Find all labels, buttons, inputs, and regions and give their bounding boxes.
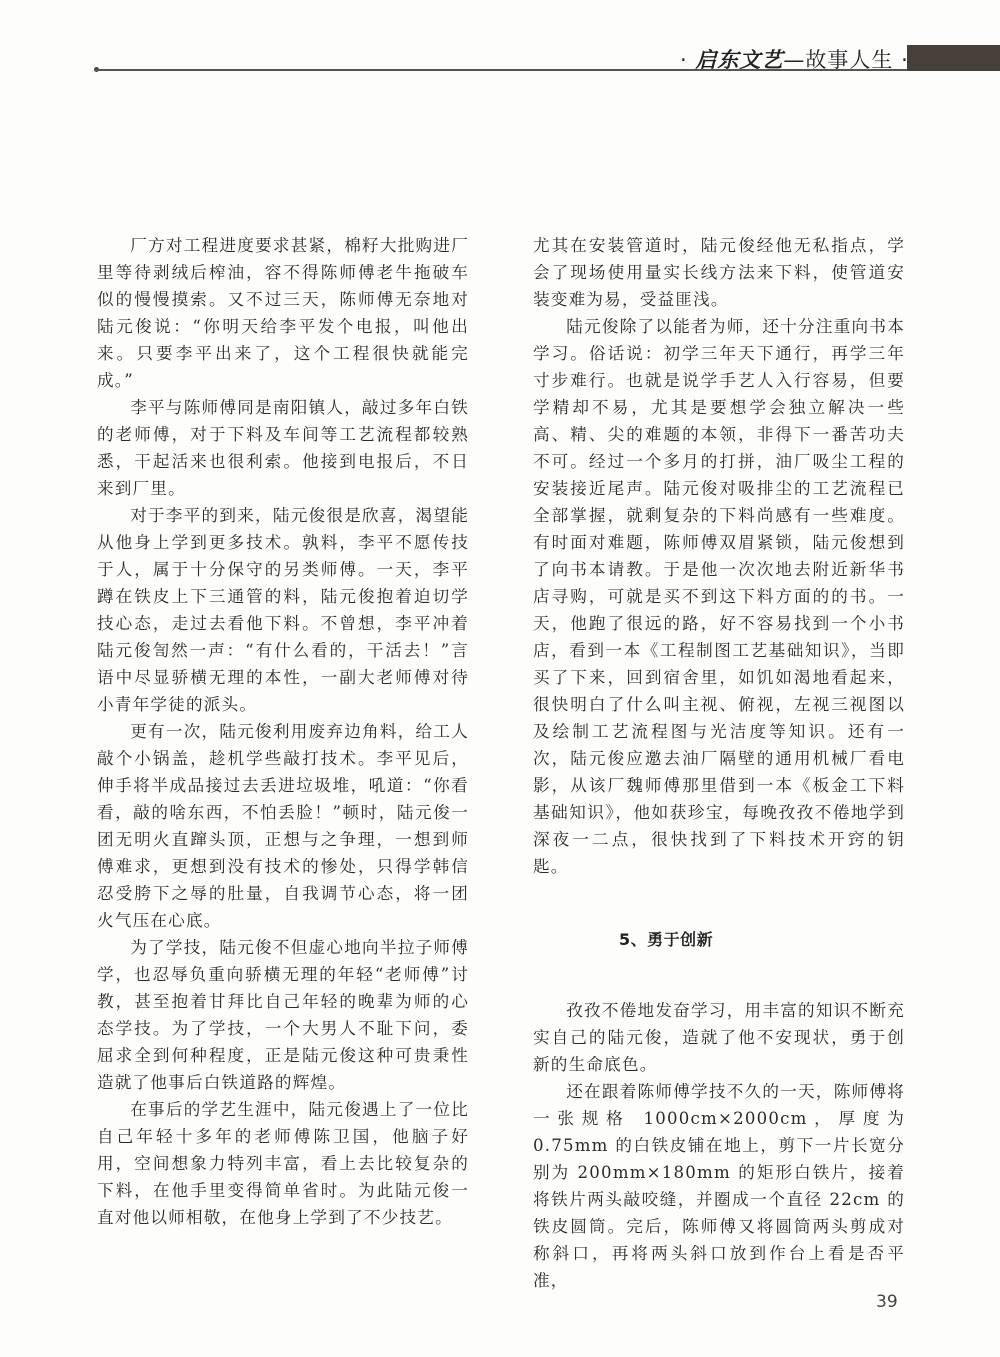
header-color-block [907,45,1000,71]
header-brand: 启东文艺 [695,47,783,72]
header-bullet-left: · [680,48,688,72]
paragraph: 还在跟着陈师傅学技不久的一天，陈师傅将一张规格 1000cm×2000cm，厚度… [533,1078,905,1294]
header-separator: — [783,48,805,72]
paragraph: 为了学技，陆元俊不但虚心地向半拉子师傅学，也忍辱负重向骄横无理的年轻“老师傅”讨… [97,934,469,1096]
paragraph: 李平与陈师傅同是南阳镇人，敲过多年白铁的老师傅，对于下料及车间等工艺流程都较熟悉… [97,394,469,502]
paragraph: 陆元俊除了以能者为师，还十分注重向书本学习。俗话说：初学三年天下通行，再学三年寸… [533,313,905,880]
running-header: · 启东文艺—故事人生 · [680,44,909,70]
page-number: 39 [876,1292,898,1312]
section-heading: 5、勇于创新 [619,926,905,953]
paragraph: 更有一次，陆元俊利用废弃边角料，给工人敲个小锅盖，趁机学些敲打技术。李平见后，伸… [97,718,469,934]
header-section: 故事人生 [805,48,893,72]
paragraph: 厂方对工程进度要求甚紧，棉籽大批购进厂里等待剥绒后榨油，容不得陈师傅老牛拖破车似… [97,232,469,394]
left-column: 厂方对工程进度要求甚紧，棉籽大批购进厂里等待剥绒后榨油，容不得陈师傅老牛拖破车似… [97,232,469,1231]
paragraph: 对于李平的到来，陆元俊很是欣喜，渴望能从他身上学到更多技术。孰料，李平不愿传技于… [97,502,469,718]
paragraph: 孜孜不倦地发奋学习，用丰富的知识不断充实自己的陆元俊，造就了他不安现状，勇于创新… [533,997,905,1078]
paragraph-continued: 尤其在安装管道时，陆元俊经他无私指点，学会了现场使用量实长线方法来下料，使管道安… [533,232,905,313]
right-column: 尤其在安装管道时，陆元俊经他无私指点，学会了现场使用量实长线方法来下料，使管道安… [533,232,905,1294]
paragraph: 在事后的学艺生涯中，陆元俊遇上了一位比自己年轻十多年的老师傅陈卫国，他脑子好用，… [97,1096,469,1231]
